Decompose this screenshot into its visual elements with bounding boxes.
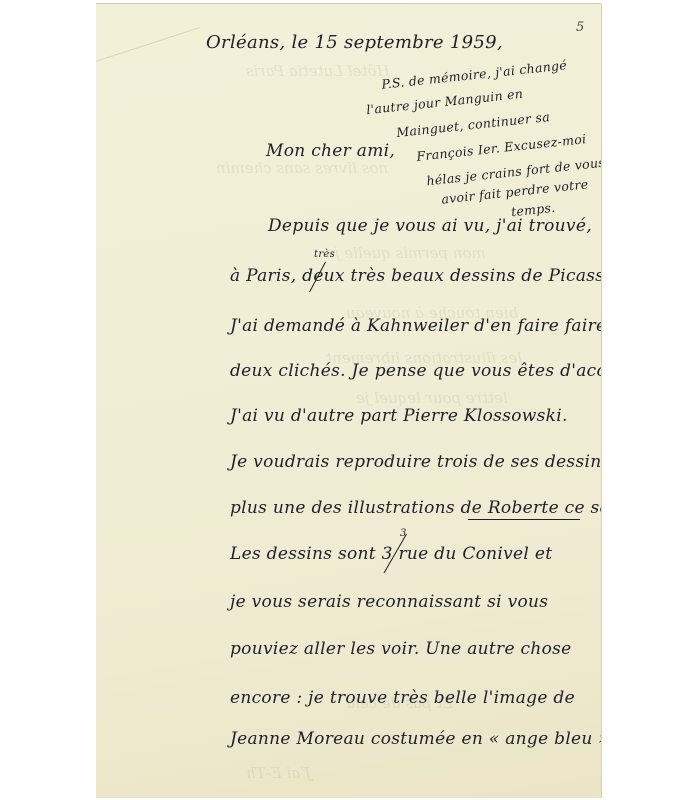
dateline: Orléans, le 15 septembre 1959, bbox=[206, 32, 503, 53]
body-line: deux clichés. Je pense que vous êtes d'a… bbox=[230, 361, 601, 381]
body-line: je vous serais reconnaissant si vous bbox=[230, 592, 548, 612]
body-line: Les dessins sont 3 rue du Conivel et bbox=[230, 544, 552, 564]
salutation: Mon cher ami, bbox=[266, 141, 395, 161]
bleed-through-text: Hôtel Lutetia Paris bbox=[246, 62, 390, 80]
title-underline bbox=[468, 519, 580, 520]
body-line: à Paris, deux très beaux dessins de Pica… bbox=[230, 266, 601, 286]
body-line: J'ai demandé à Kahnweiler d'en faire fai… bbox=[230, 316, 601, 336]
postscript-line: P.S. de mémoire, j'ai changé bbox=[381, 57, 568, 91]
body-line: plus une des illustrations de Roberte ce… bbox=[230, 498, 601, 518]
bleed-through-text: lettre pour lequel je bbox=[356, 389, 508, 407]
postscript-line: Mainguet, continuer sa bbox=[396, 109, 551, 140]
page-number: 5 bbox=[576, 20, 585, 35]
body-line: Je voudrais reproduire trois de ses dess… bbox=[230, 452, 601, 472]
body-line: J'ai vu d'autre part Pierre Klossowski. bbox=[230, 406, 568, 426]
body-line: pouviez aller les voir. Une autre chose bbox=[230, 639, 572, 659]
body-line: Jeanne Moreau costumée en « ange bleu » bbox=[230, 729, 601, 749]
bleed-through-text: J’ai E‑Th bbox=[246, 764, 311, 782]
body-line: encore : je trouve très belle l'image de bbox=[230, 688, 575, 708]
bleed-through-text: mon permis quelle je bbox=[326, 244, 486, 262]
paper-fold-crease bbox=[96, 27, 200, 65]
bleed-through-text: nos livres sans chemin bbox=[216, 159, 388, 177]
insertion-tres: très bbox=[314, 249, 335, 260]
body-line: Depuis que je vous ai vu, j'ai trouvé, bbox=[268, 216, 592, 236]
letter-page: Hôtel Lutetia Paris nos livres sans chem… bbox=[96, 4, 601, 798]
